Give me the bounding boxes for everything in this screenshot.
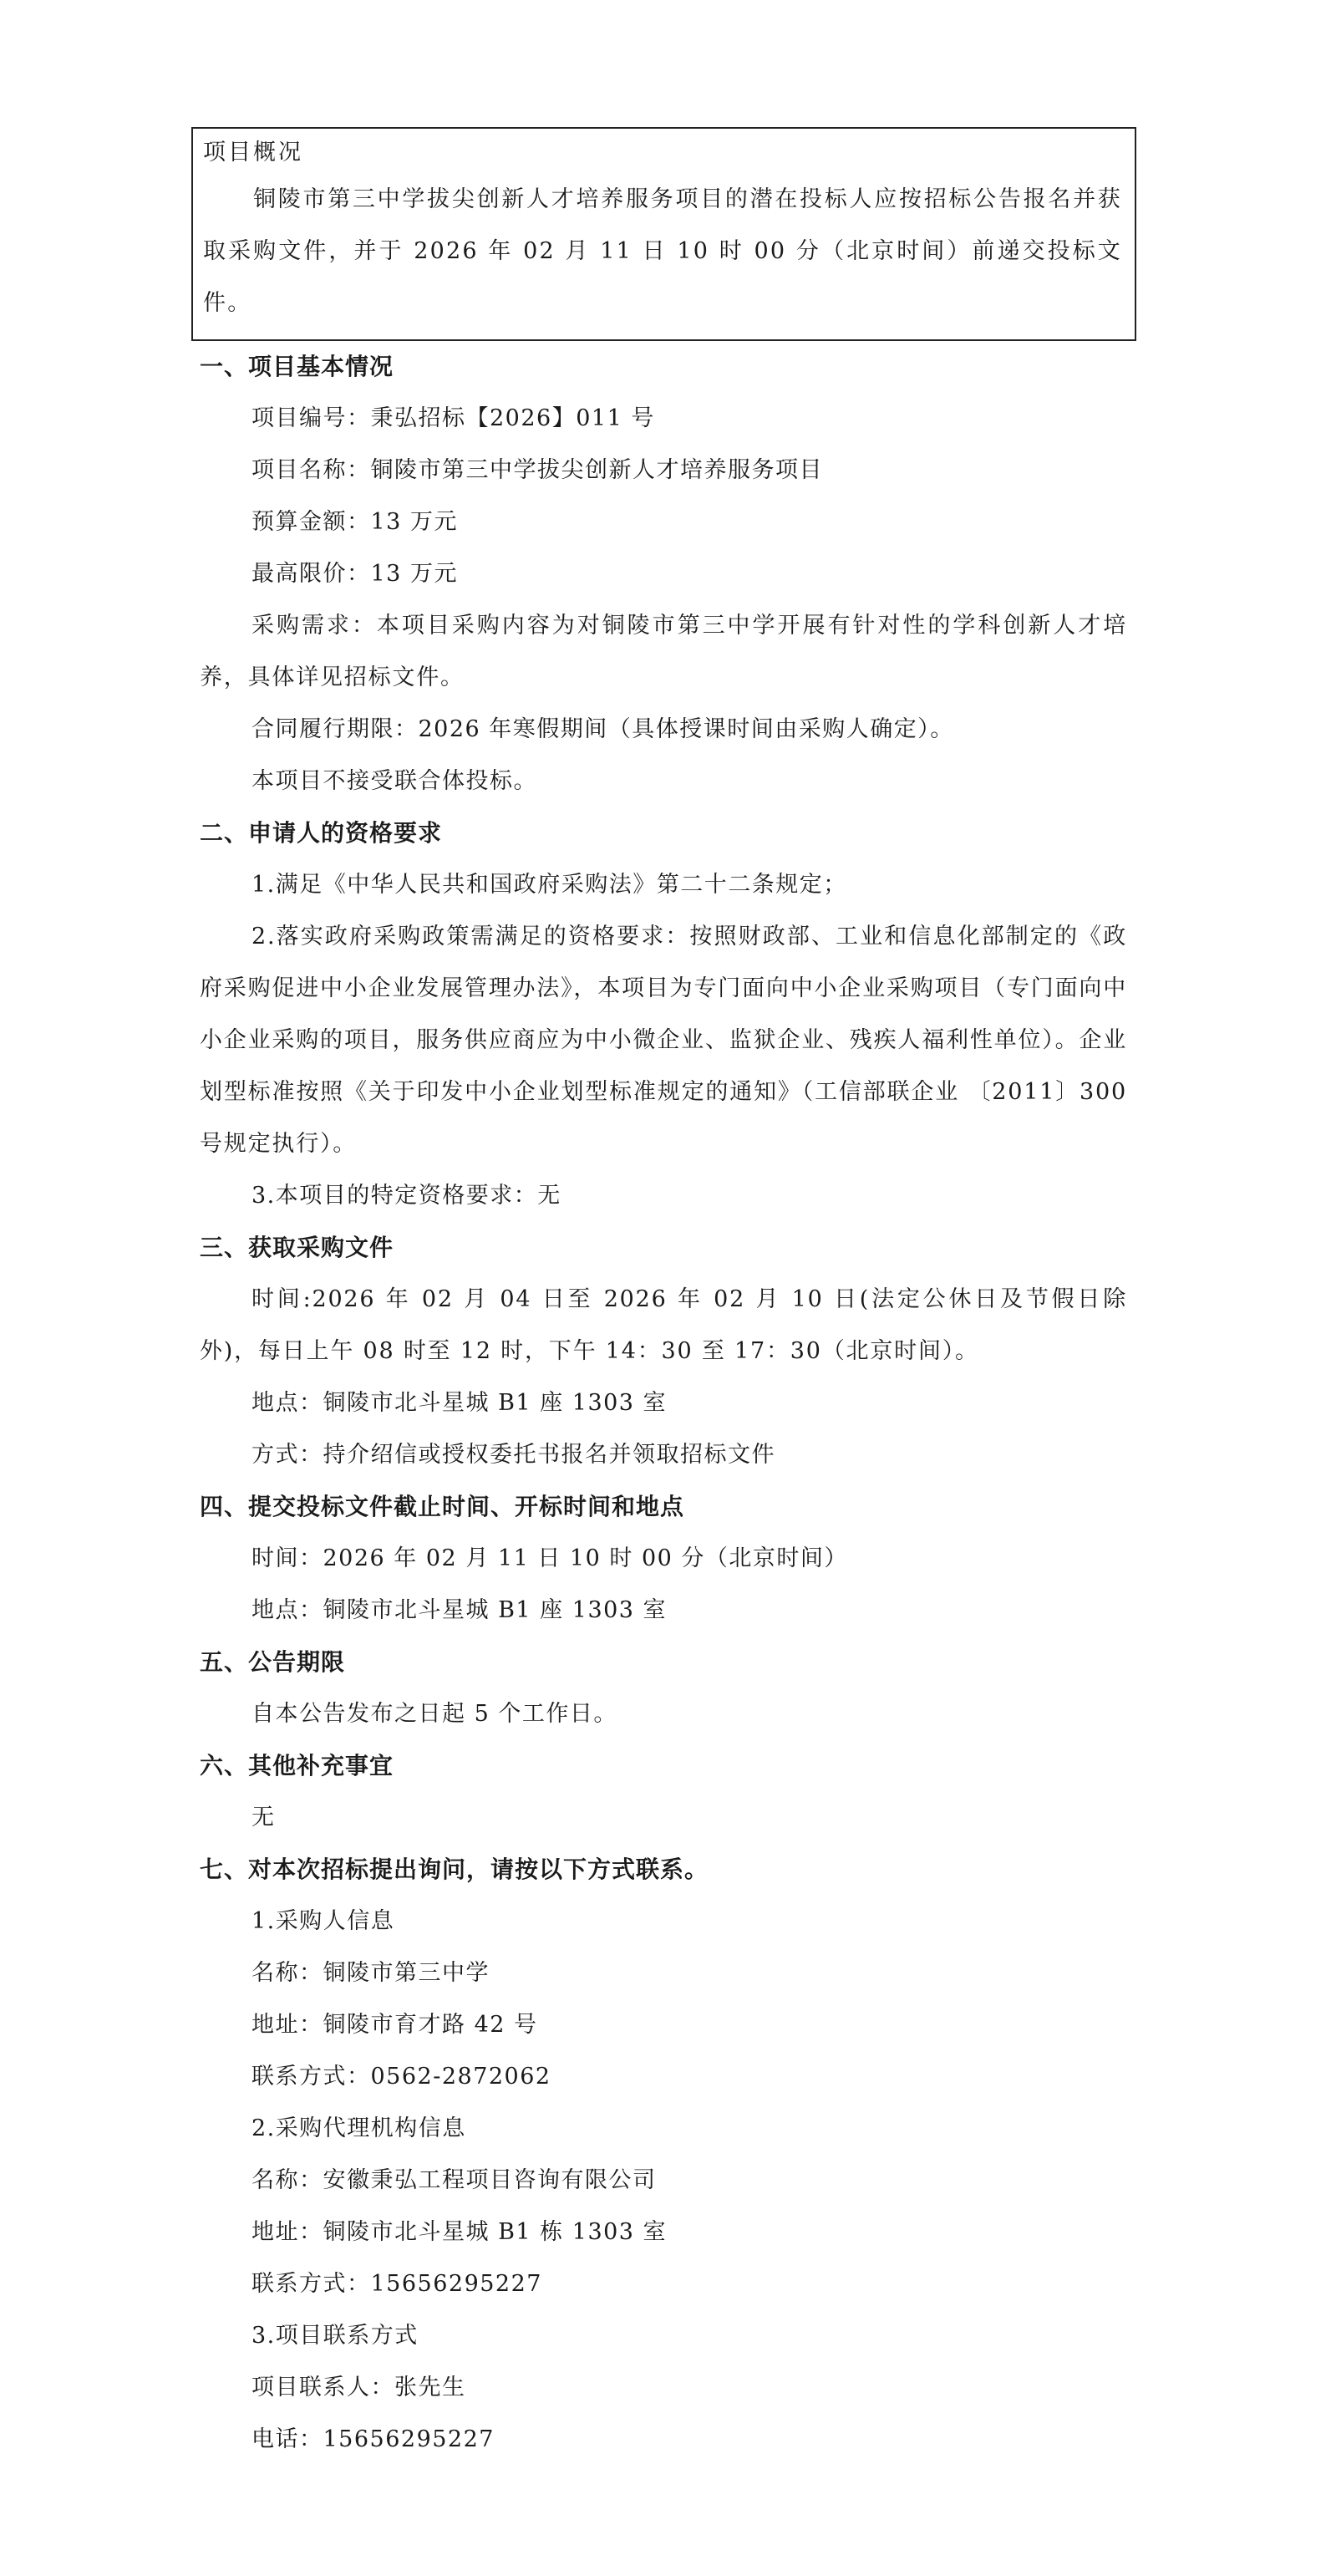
deadline-time: 时间：2026 年 02 月 11 日 10 时 00 分（北京时间） <box>191 1533 1136 1585</box>
agency-address: 地址：铜陵市北斗星城 B1 栋 1303 室 <box>191 2207 1136 2258</box>
section-6-heading: 六、其他补充事宜 <box>191 1740 1136 1792</box>
obtain-docs-place: 地点：铜陵市北斗星城 B1 座 1303 室 <box>191 1377 1136 1429</box>
budget-amount: 预算金额：13 万元 <box>191 496 1136 548</box>
purchaser-address: 地址：铜陵市育才路 42 号 <box>191 1999 1136 2051</box>
project-overview-box: 项目概况 铜陵市第三中学拔尖创新人才培养服务项目的潜在投标人应按招标公告报名并获… <box>191 127 1136 341</box>
max-price: 最高限价：13 万元 <box>191 548 1136 600</box>
qualification-item-1: 1.满足《中华人民共和国政府采购法》第二十二条规定； <box>191 859 1136 911</box>
announcement-page: 项目概况 铜陵市第三中学拔尖创新人才培养服务项目的潜在投标人应按招标公告报名并获… <box>191 127 1136 2466</box>
purchaser-name: 名称：铜陵市第三中学 <box>191 1947 1136 1999</box>
section-1-heading: 一、项目基本情况 <box>191 341 1136 393</box>
project-name: 项目名称：铜陵市第三中学拔尖创新人才培养服务项目 <box>191 445 1136 496</box>
section-7-heading: 七、对本次招标提出询问，请按以下方式联系。 <box>191 1844 1136 1896</box>
qualification-item-3: 3.本项目的特定资格要求：无 <box>191 1170 1136 1222</box>
purchaser-info-title: 1.采购人信息 <box>191 1896 1136 1947</box>
section-3-heading: 三、获取采购文件 <box>191 1222 1136 1274</box>
section-4-heading: 四、提交投标文件截止时间、开标时间和地点 <box>191 1481 1136 1533</box>
project-contact-person: 项目联系人：张先生 <box>191 2362 1136 2414</box>
obtain-docs-method: 方式：持介绍信或授权委托书报名并领取招标文件 <box>191 1429 1136 1481</box>
agency-name: 名称：安徽秉弘工程项目咨询有限公司 <box>191 2155 1136 2207</box>
deadline-place: 地点：铜陵市北斗星城 B1 座 1303 室 <box>191 1585 1136 1637</box>
other-matters: 无 <box>191 1792 1136 1844</box>
section-5-heading: 五、公告期限 <box>191 1637 1136 1688</box>
contract-period: 合同履行期限：2026 年寒假期间（具体授课时间由采购人确定）。 <box>191 704 1136 756</box>
obtain-docs-time: 时间:2026 年 02 月 04 日至 2026 年 02 月 10 日(法定… <box>191 1274 1127 1377</box>
overview-text: 铜陵市第三中学拔尖创新人才培养服务项目的潜在投标人应按招标公告报名并获取采购文件… <box>203 174 1122 329</box>
agency-info-title: 2.采购代理机构信息 <box>191 2103 1136 2155</box>
section-2-heading: 二、申请人的资格要求 <box>191 807 1136 859</box>
overview-title: 项目概况 <box>203 132 1125 174</box>
project-number: 项目编号：秉弘招标【2026】011 号 <box>191 393 1136 445</box>
announcement-period: 自本公告发布之日起 5 个工作日。 <box>191 1688 1136 1740</box>
purchaser-contact: 联系方式：0562-2872062 <box>191 2051 1136 2103</box>
procurement-requirement: 采购需求：本项目采购内容为对铜陵市第三中学开展有针对性的学科创新人才培养，具体详… <box>191 600 1127 704</box>
project-contact-title: 3.项目联系方式 <box>191 2310 1136 2362</box>
agency-contact: 联系方式：15656295227 <box>191 2258 1136 2310</box>
qualification-item-2: 2.落实政府采购政策需满足的资格要求：按照财政部、工业和信息化部制定的《政府采购… <box>191 911 1127 1170</box>
project-contact-phone: 电话：15656295227 <box>191 2414 1136 2466</box>
consortium-note: 本项目不接受联合体投标。 <box>191 756 1136 807</box>
announcement-body: 一、项目基本情况 项目编号：秉弘招标【2026】011 号 项目名称：铜陵市第三… <box>191 341 1136 2466</box>
